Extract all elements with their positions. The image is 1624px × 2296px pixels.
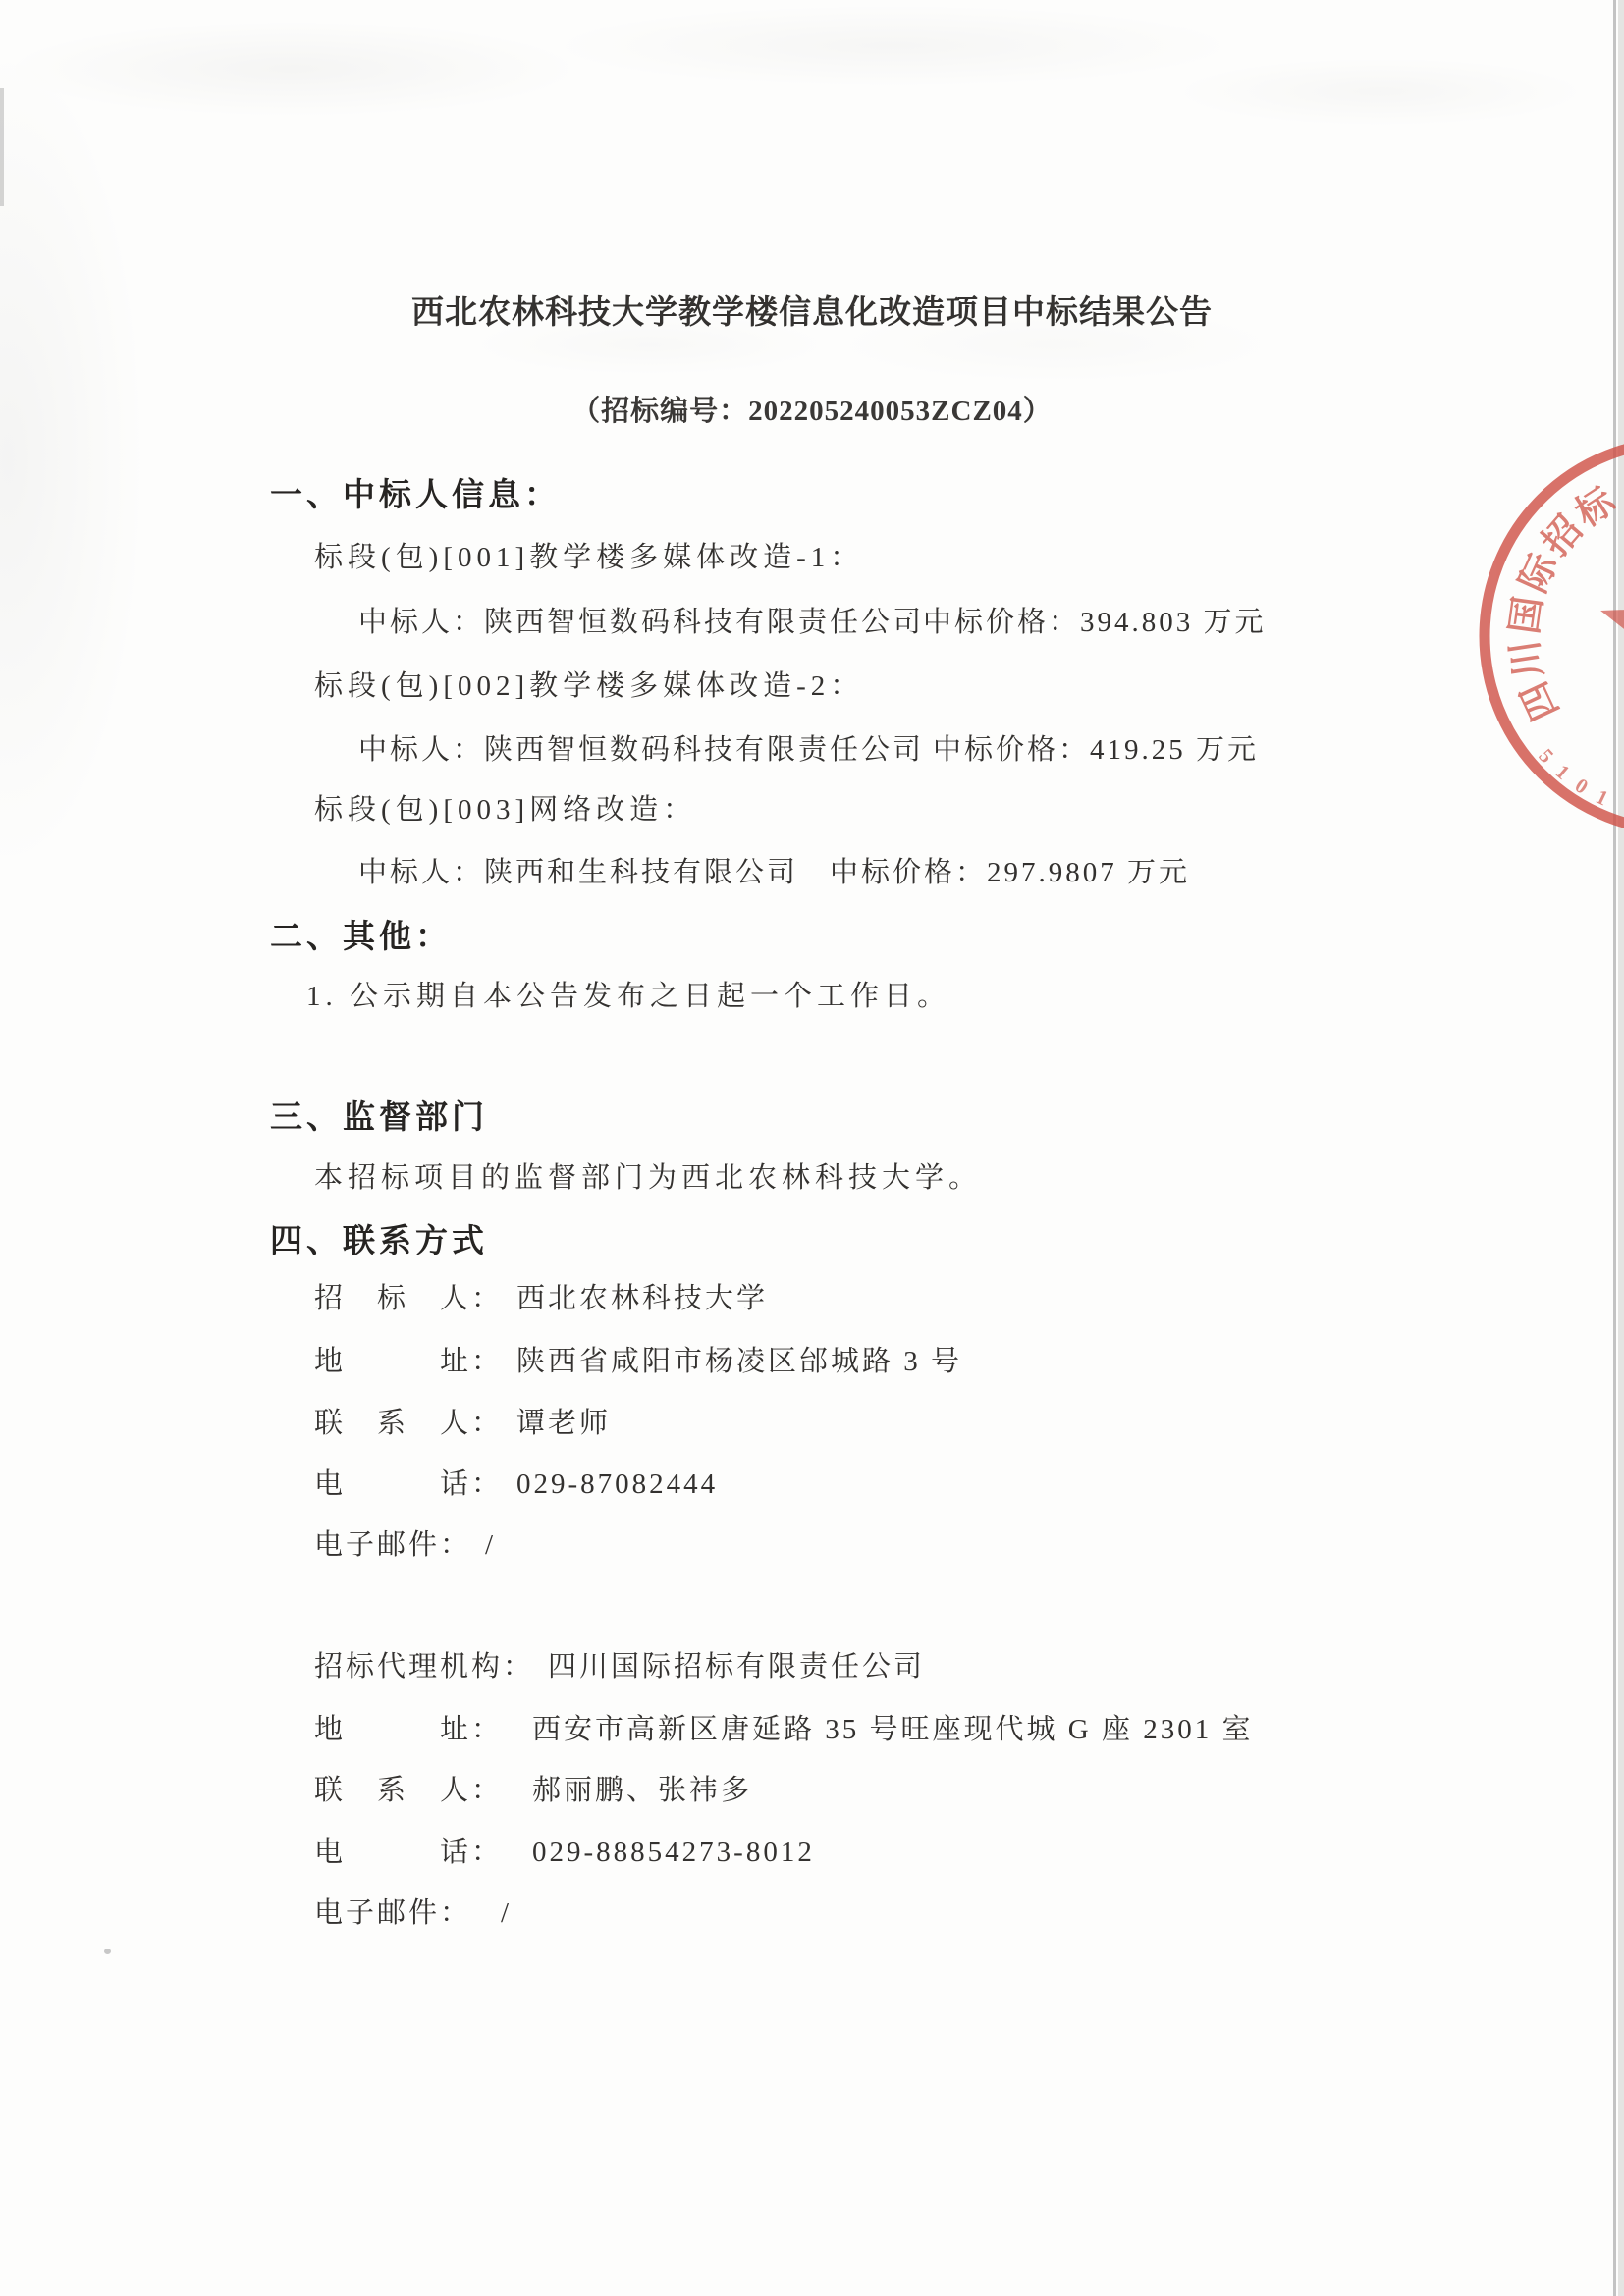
supervision-body: 本招标项目的监督部门为西北农林科技大学。: [314, 1155, 982, 1196]
seal-char: 川: [1504, 637, 1550, 680]
page-edge-shadow: [1613, 0, 1616, 2296]
address-value: 陕西省咸阳市杨凌区邰城路 3 号: [516, 1346, 962, 1377]
tenderer-label: 招 标 人：: [314, 1283, 503, 1314]
company-seal: 四 川 国 际 招 标 5 1 0 1: [1414, 412, 1624, 854]
phone-value: 029-87082444: [516, 1468, 718, 1500]
publicity-period-note: 1. 公示期自本公告发布之日起一个工作日。: [306, 974, 950, 1014]
lot-001-label: 标段(包)[001]教学楼多媒体改造-1：: [314, 535, 863, 575]
price-label: 中标价格：: [933, 734, 1090, 766]
lot-002-label: 标段(包)[002]教学楼多媒体改造-2：: [314, 664, 863, 704]
address-label: 地 址：: [314, 1714, 503, 1745]
lot-003-winner-name: 陕西和生科技有限公司: [484, 857, 798, 888]
lot-003-price: 中标价格：297.9807 万元: [830, 850, 1190, 890]
lot-002-winner-name: 陕西智恒数码科技有限责任公司: [484, 734, 924, 766]
lot-001-winner-name: 陕西智恒数码科技有限责任公司: [484, 607, 924, 638]
lot-002-price-value: 419.25 万元: [1090, 734, 1259, 766]
price-label: 中标价格：: [923, 607, 1080, 638]
seal-code-digit: 1: [1593, 784, 1612, 810]
scan-noise-overlay: [0, 0, 1624, 2296]
contact-person-value: 郝丽鹏、张祎多: [532, 1775, 752, 1806]
agency-address-row: 地 址：西安市高新区唐延路 35 号旺座现代城 G 座 2301 室: [314, 1707, 1253, 1747]
agency-name-row: 招标代理机构：四川国际招标有限责任公司: [314, 1644, 925, 1684]
seal-char: 国: [1504, 594, 1550, 636]
price-label: 中标价格：: [830, 857, 987, 888]
phone-label: 电 话：: [314, 1837, 503, 1868]
agency-email-row: 电子邮件：/: [314, 1891, 512, 1931]
scan-speck: [104, 1949, 111, 1954]
lot-002-price: 中标价格：419.25 万元: [933, 727, 1259, 768]
email-value: /: [485, 1529, 496, 1561]
tenderer-contact-person-row: 联 系 人：谭老师: [314, 1401, 611, 1441]
section-heading-contact: 四、联系方式: [270, 1215, 488, 1261]
document-title: 西北农林科技大学教学楼信息化改造项目中标结果公告: [0, 287, 1624, 333]
document-page: 西北农林科技大学教学楼信息化改造项目中标结果公告 （招标编号：202205240…: [0, 0, 1624, 2296]
address-value: 西安市高新区唐延路 35 号旺座现代城 G 座 2301 室: [532, 1714, 1253, 1745]
lot-001-price-value: 394.803 万元: [1080, 607, 1267, 638]
tenderer-name-row: 招 标 人：西北农林科技大学: [314, 1276, 768, 1316]
tenderer-email-row: 电子邮件：/: [314, 1522, 496, 1563]
tenderer-address-row: 地 址：陕西省咸阳市杨凌区邰城路 3 号: [314, 1339, 962, 1379]
tenderer-value: 西北农林科技大学: [516, 1283, 768, 1314]
section-heading-winners: 一、中标人信息：: [270, 469, 561, 515]
section-heading-supervision: 三、监督部门: [270, 1092, 488, 1138]
winner-label: 中标人：: [358, 607, 484, 638]
phone-label: 电 话：: [314, 1468, 503, 1500]
winner-label: 中标人：: [358, 734, 484, 766]
address-label: 地 址：: [314, 1346, 503, 1377]
email-label: 电子邮件：: [314, 1897, 471, 1929]
winner-label: 中标人：: [358, 857, 484, 888]
contact-person-value: 谭老师: [516, 1408, 611, 1439]
seal-char: 四: [1514, 675, 1567, 726]
contact-person-label: 联 系 人：: [314, 1408, 503, 1439]
agency-value: 四川国际招标有限责任公司: [548, 1651, 925, 1682]
email-label: 电子邮件：: [314, 1529, 471, 1561]
phone-value: 029-88854273-8012: [532, 1837, 815, 1868]
agency-label: 招标代理机构：: [314, 1651, 534, 1682]
email-value: /: [501, 1897, 512, 1929]
tenderer-phone-row: 电 话：029-87082444: [314, 1462, 718, 1502]
page-edge-highlight: [1618, 0, 1624, 2296]
lot-003-label: 标段(包)[003]网络改造：: [314, 787, 696, 828]
scan-edge-mark: [0, 88, 4, 206]
section-heading-other: 二、其他：: [270, 911, 452, 957]
lot-003-price-value: 297.9807 万元: [987, 857, 1190, 888]
contact-person-label: 联 系 人：: [314, 1775, 503, 1806]
lot-001-price: 中标价格：394.803 万元: [923, 600, 1267, 640]
lot-003-winner-row: 中标人：陕西和生科技有限公司 中标价格：297.9807 万元: [358, 850, 1624, 890]
agency-contact-person-row: 联 系 人：郝丽鹏、张祎多: [314, 1768, 752, 1808]
seal-code-digit: 0: [1571, 774, 1593, 799]
agency-phone-row: 电 话：029-88854273-8012: [314, 1830, 815, 1870]
seal-star-icon: [1600, 554, 1624, 703]
tender-number-subtitle: （招标编号：202205240053ZCZ04）: [0, 389, 1624, 429]
